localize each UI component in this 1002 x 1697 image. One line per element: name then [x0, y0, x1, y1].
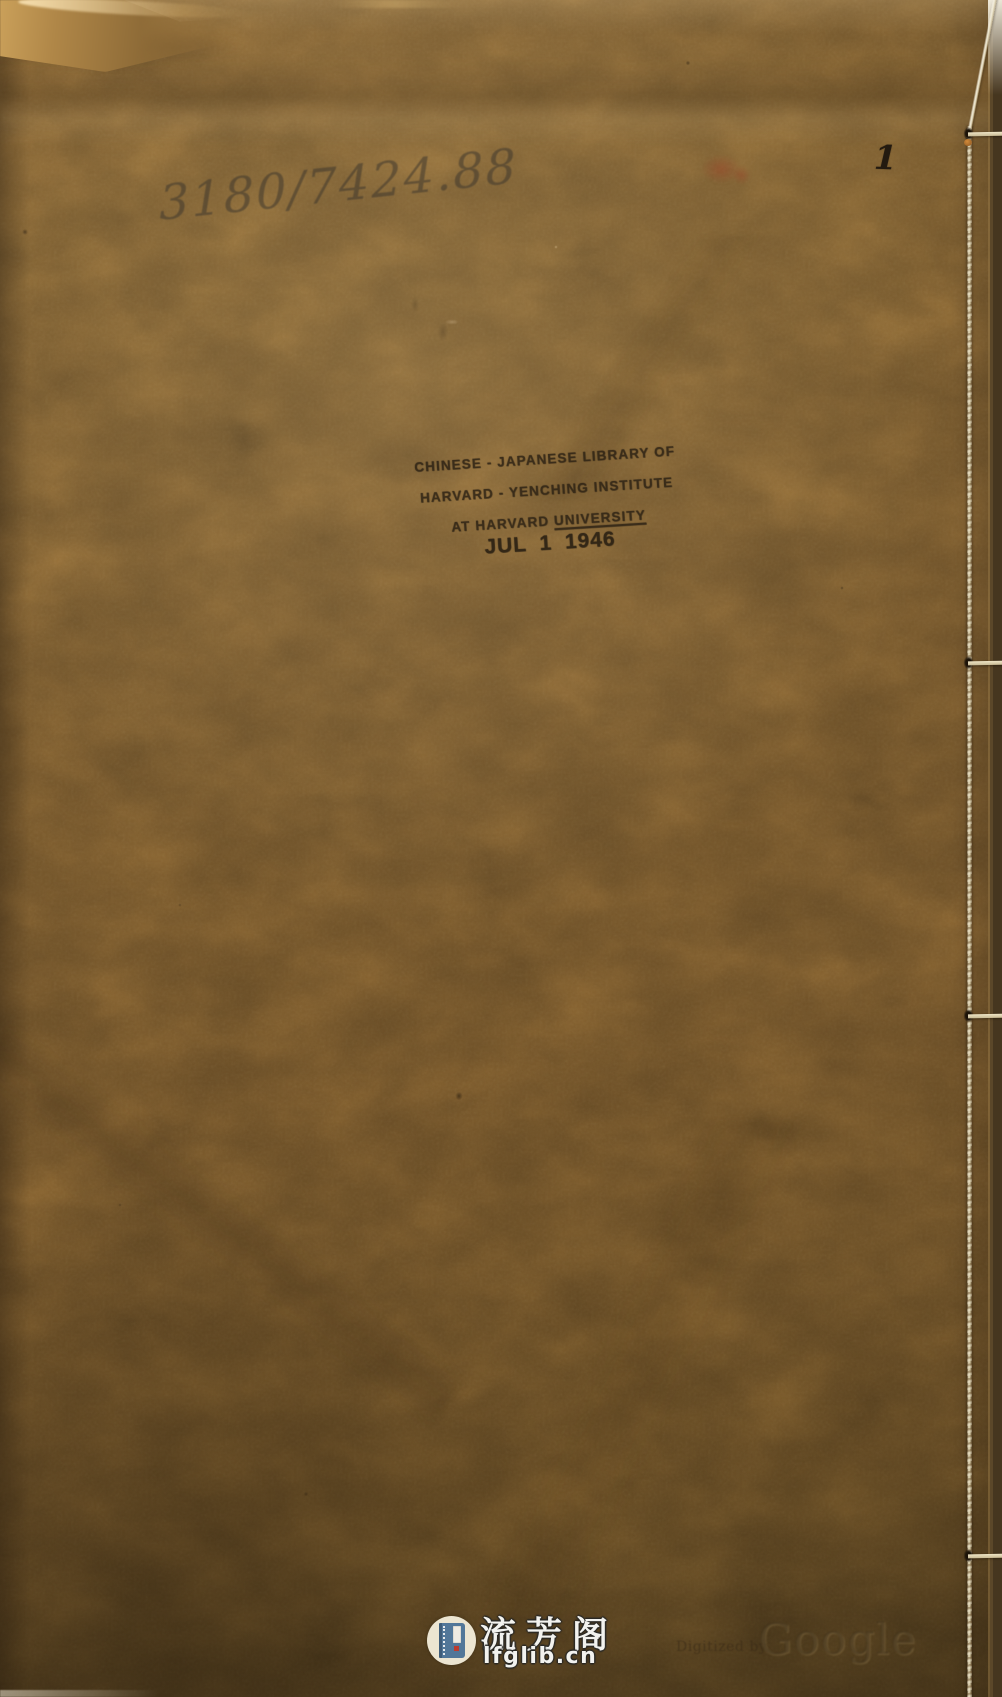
binding-thread-vertical [967, 126, 972, 1697]
stitched-book-icon [439, 1623, 465, 1658]
scanned-book-cover: 3180/7424.88 1 CHINESE - JAPANESE LIBRAR… [0, 0, 1002, 1697]
google-logo-text: Google [758, 1615, 917, 1665]
library-stamp: CHINESE - JAPANESE LIBRARY OF HARVARD - … [411, 435, 683, 563]
bottom-edge-sliver [0, 1690, 160, 1697]
red-seal-dot [454, 1646, 459, 1651]
top-edge-tear [330, 0, 460, 8]
page-edge-right [988, 0, 1002, 1697]
binding-stitch [955, 1006, 1002, 1030]
cover-shading [0, 0, 1002, 1697]
stitch-thread-horizontal [968, 1014, 1002, 1019]
binding-stitch [955, 1546, 1002, 1570]
red-ink-smudge [698, 148, 756, 190]
binding-stitch [955, 653, 1002, 677]
watermark-site-url: lfglib.cn [483, 1644, 597, 1669]
binding-stitch [955, 124, 1002, 148]
stitch-thread-horizontal [968, 1554, 1002, 1559]
digitized-by-text: Digitized by [676, 1639, 767, 1655]
stitch-knot-bead [964, 139, 972, 146]
stamp-line-3-underlined: UNIVERSITY [554, 508, 647, 529]
book-stitch-dots [443, 1626, 445, 1655]
stitch-thread-horizontal [968, 132, 1002, 137]
lfglib-logo-badge [427, 1616, 476, 1665]
page-number: 1 [873, 138, 897, 178]
stitch-thread-horizontal [968, 661, 1002, 666]
book-title-label [453, 1626, 461, 1643]
